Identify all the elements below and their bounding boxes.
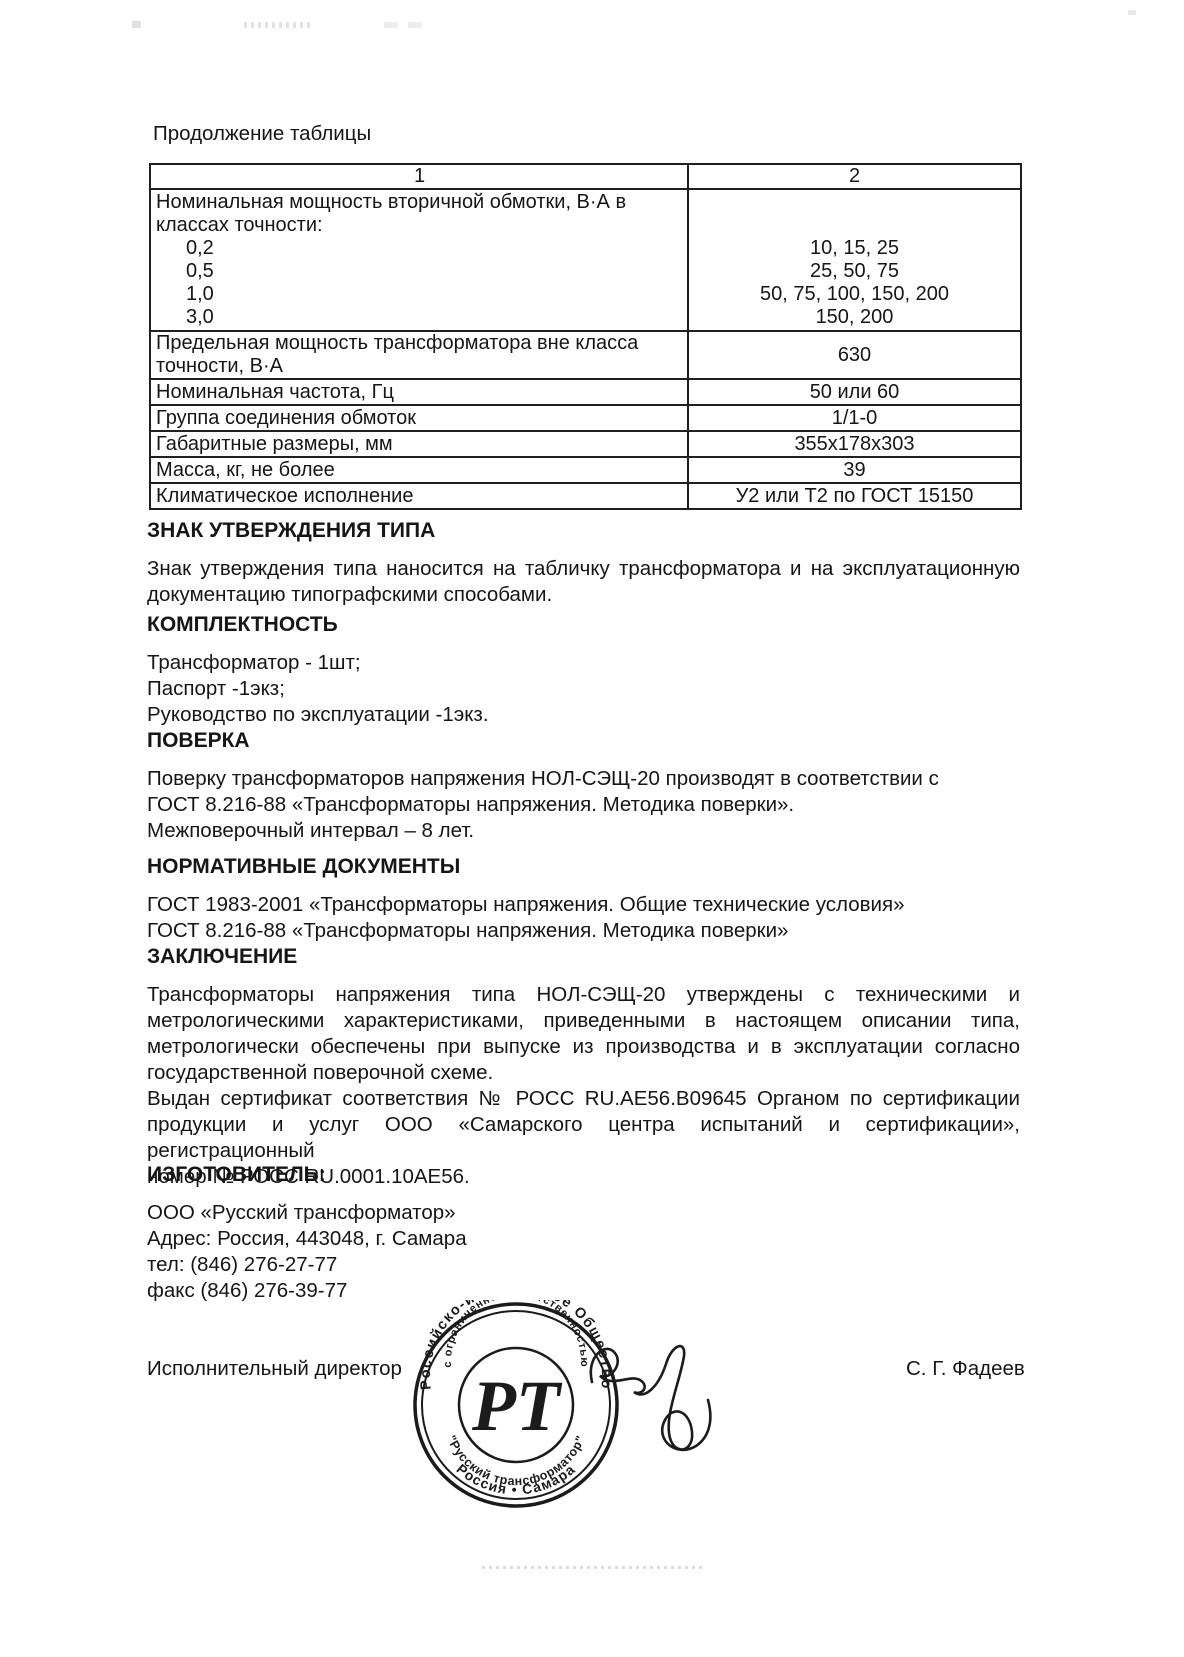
scan-artifact bbox=[408, 22, 422, 28]
section-text-normative-documents: ГОСТ 1983-2001 «Трансформаторы напряжени… bbox=[147, 892, 1020, 944]
text-line: ГОСТ 8.216-88 «Трансформаторы напряжения… bbox=[147, 918, 1020, 944]
text-line: Трансформаторы напряжения типа НОЛ-СЭЩ-2… bbox=[147, 982, 1020, 1008]
scanned-document-page: Продолжение таблицы 1 2 Номинальная мощн… bbox=[0, 0, 1184, 1657]
limit-power-param-cell: Предельная мощность трансформатора вне к… bbox=[151, 332, 689, 378]
text-line: Выдан сертификат соответствия № РОСС RU.… bbox=[147, 1086, 1020, 1112]
text-line: государственной поверочной схеме. bbox=[147, 1060, 1020, 1086]
power-param-line: классах точности: bbox=[156, 214, 683, 237]
param-cell: Масса, кг, не более bbox=[151, 458, 689, 482]
section-heading-manufacturer: ИЗГОТОВИТЕЛЬ: bbox=[147, 1162, 326, 1188]
power-value-cell: 10, 15, 2525, 50, 7550, 75, 100, 150, 20… bbox=[689, 190, 1020, 330]
text-line: Трансформатор - 1шт; bbox=[147, 650, 1020, 676]
power-param-line: 1,0 bbox=[156, 283, 683, 306]
signatory-name: С. Г. Фадеев bbox=[906, 1356, 1025, 1382]
power-value-line bbox=[689, 214, 1020, 237]
table-row-limit-power: Предельная мощность трансформатора вне к… bbox=[151, 330, 1020, 378]
text-line: Паспорт -1экз; bbox=[147, 676, 1020, 702]
scan-artifact bbox=[482, 1566, 702, 1569]
value-cell: 1/1-0 bbox=[689, 406, 1020, 430]
text-line: ГОСТ 1983-2001 «Трансформаторы напряжени… bbox=[147, 892, 1020, 918]
section-text-conclusion-p1: Трансформаторы напряжения типа НОЛ-СЭЩ-2… bbox=[147, 982, 1020, 1086]
param-cell: Климатическое исполнение bbox=[151, 484, 689, 508]
handwritten-signature bbox=[578, 1330, 733, 1465]
param-cell: Габаритные размеры, мм bbox=[151, 432, 689, 456]
section-heading-conclusion: ЗАКЛЮЧЕНИЕ bbox=[147, 944, 297, 970]
col2-header: 2 bbox=[689, 165, 1020, 188]
table-row: Масса, кг, не более 39 bbox=[151, 456, 1020, 482]
scan-artifact bbox=[132, 21, 141, 28]
text-line: ГОСТ 8.216-88 «Трансформаторы напряжения… bbox=[147, 792, 1020, 818]
table-continuation-caption: Продолжение таблицы bbox=[153, 121, 371, 147]
value-cell: 50 или 60 bbox=[689, 380, 1020, 404]
text-line: Руководство по эксплуатации -1экз. bbox=[147, 702, 1020, 728]
limit-power-param-line: Предельная мощность трансформатора вне к… bbox=[156, 332, 683, 355]
section-text-completeness: Трансформатор - 1шт;Паспорт -1экз;Руково… bbox=[147, 650, 1020, 728]
text-line: Знак утверждения типа наносится на табли… bbox=[147, 556, 1020, 582]
power-value-line: 25, 50, 75 bbox=[689, 260, 1020, 283]
value-cell: 39 bbox=[689, 458, 1020, 482]
power-value-line: 150, 200 bbox=[689, 306, 1020, 329]
limit-power-value: 630 bbox=[689, 344, 1020, 367]
section-text-manufacturer: ООО «Русский трансформатор»Адрес: Россия… bbox=[147, 1200, 1020, 1304]
param-cell: Группа соединения обмоток bbox=[151, 406, 689, 430]
section-heading-normative-documents: НОРМАТИВНЫЕ ДОКУМЕНТЫ bbox=[147, 854, 460, 880]
power-value-line: 10, 15, 25 bbox=[689, 237, 1020, 260]
scan-artifact bbox=[384, 22, 398, 28]
power-param-line: 0,2 bbox=[156, 237, 683, 260]
text-line: тел: (846) 276-27-77 bbox=[147, 1252, 1020, 1278]
section-heading-completeness: КОМПЛЕКТНОСТЬ bbox=[147, 612, 338, 638]
section-heading-type-approval-mark: ЗНАК УТВЕРЖДЕНИЯ ТИПА bbox=[147, 518, 435, 544]
power-param-cell: Номинальная мощность вторичной обмотки, … bbox=[151, 190, 689, 330]
section-text-type-approval-mark: Знак утверждения типа наносится на табли… bbox=[147, 556, 1020, 608]
text-line: продукции и услуг ООО «Самарского центра… bbox=[147, 1112, 1020, 1164]
power-param-line: 0,5 bbox=[156, 260, 683, 283]
text-line: метрологически обеспечены при выпуске из… bbox=[147, 1034, 1020, 1060]
col1-header: 1 bbox=[151, 165, 689, 188]
value-cell: У2 или Т2 по ГОСТ 15150 bbox=[689, 484, 1020, 508]
text-line: метрологическими характеристиками, приве… bbox=[147, 1008, 1020, 1034]
signatory-title: Исполнительный директор bbox=[147, 1356, 402, 1382]
value-cell: 355х178х303 bbox=[689, 432, 1020, 456]
section-text-verification: Поверку трансформаторов напряжения НОЛ-С… bbox=[147, 766, 1020, 844]
param-cell: Номинальная частота, Гц bbox=[151, 380, 689, 404]
scan-artifact bbox=[1128, 10, 1136, 15]
power-param-line: Номинальная мощность вторичной обмотки, … bbox=[156, 191, 683, 214]
power-value-line bbox=[689, 191, 1020, 214]
table-row: Номинальная частота, Гц 50 или 60 bbox=[151, 378, 1020, 404]
table-row: Климатическое исполнение У2 или Т2 по ГО… bbox=[151, 482, 1020, 508]
table-row-power: Номинальная мощность вторичной обмотки, … bbox=[151, 188, 1020, 330]
text-line: ООО «Русский трансформатор» bbox=[147, 1200, 1020, 1226]
power-value-line: 50, 75, 100, 150, 200 bbox=[689, 283, 1020, 306]
spec-table: 1 2 Номинальная мощность вторичной обмот… bbox=[149, 163, 1022, 510]
table-row: Габаритные размеры, мм 355х178х303 bbox=[151, 430, 1020, 456]
scan-artifact bbox=[244, 22, 310, 28]
limit-power-param-line: точности, В·А bbox=[156, 355, 683, 378]
text-line: Поверку трансформаторов напряжения НОЛ-С… bbox=[147, 766, 1020, 792]
table-simple-rows: Номинальная частота, Гц 50 или 60 Группа… bbox=[151, 378, 1020, 508]
stamp-monogram: РТ bbox=[471, 1366, 563, 1446]
section-heading-verification: ПОВЕРКА bbox=[147, 728, 250, 754]
text-line: документацию типографскими способами. bbox=[147, 582, 1020, 608]
text-line: Межповерочный интервал – 8 лет. bbox=[147, 818, 1020, 844]
table-header-row: 1 2 bbox=[151, 165, 1020, 188]
text-line: Адрес: Россия, 443048, г. Самара bbox=[147, 1226, 1020, 1252]
table-row: Группа соединения обмоток 1/1-0 bbox=[151, 404, 1020, 430]
limit-power-value-cell: 630 bbox=[689, 332, 1020, 378]
power-param-line: 3,0 bbox=[156, 306, 683, 329]
signature-stroke bbox=[591, 1346, 711, 1450]
